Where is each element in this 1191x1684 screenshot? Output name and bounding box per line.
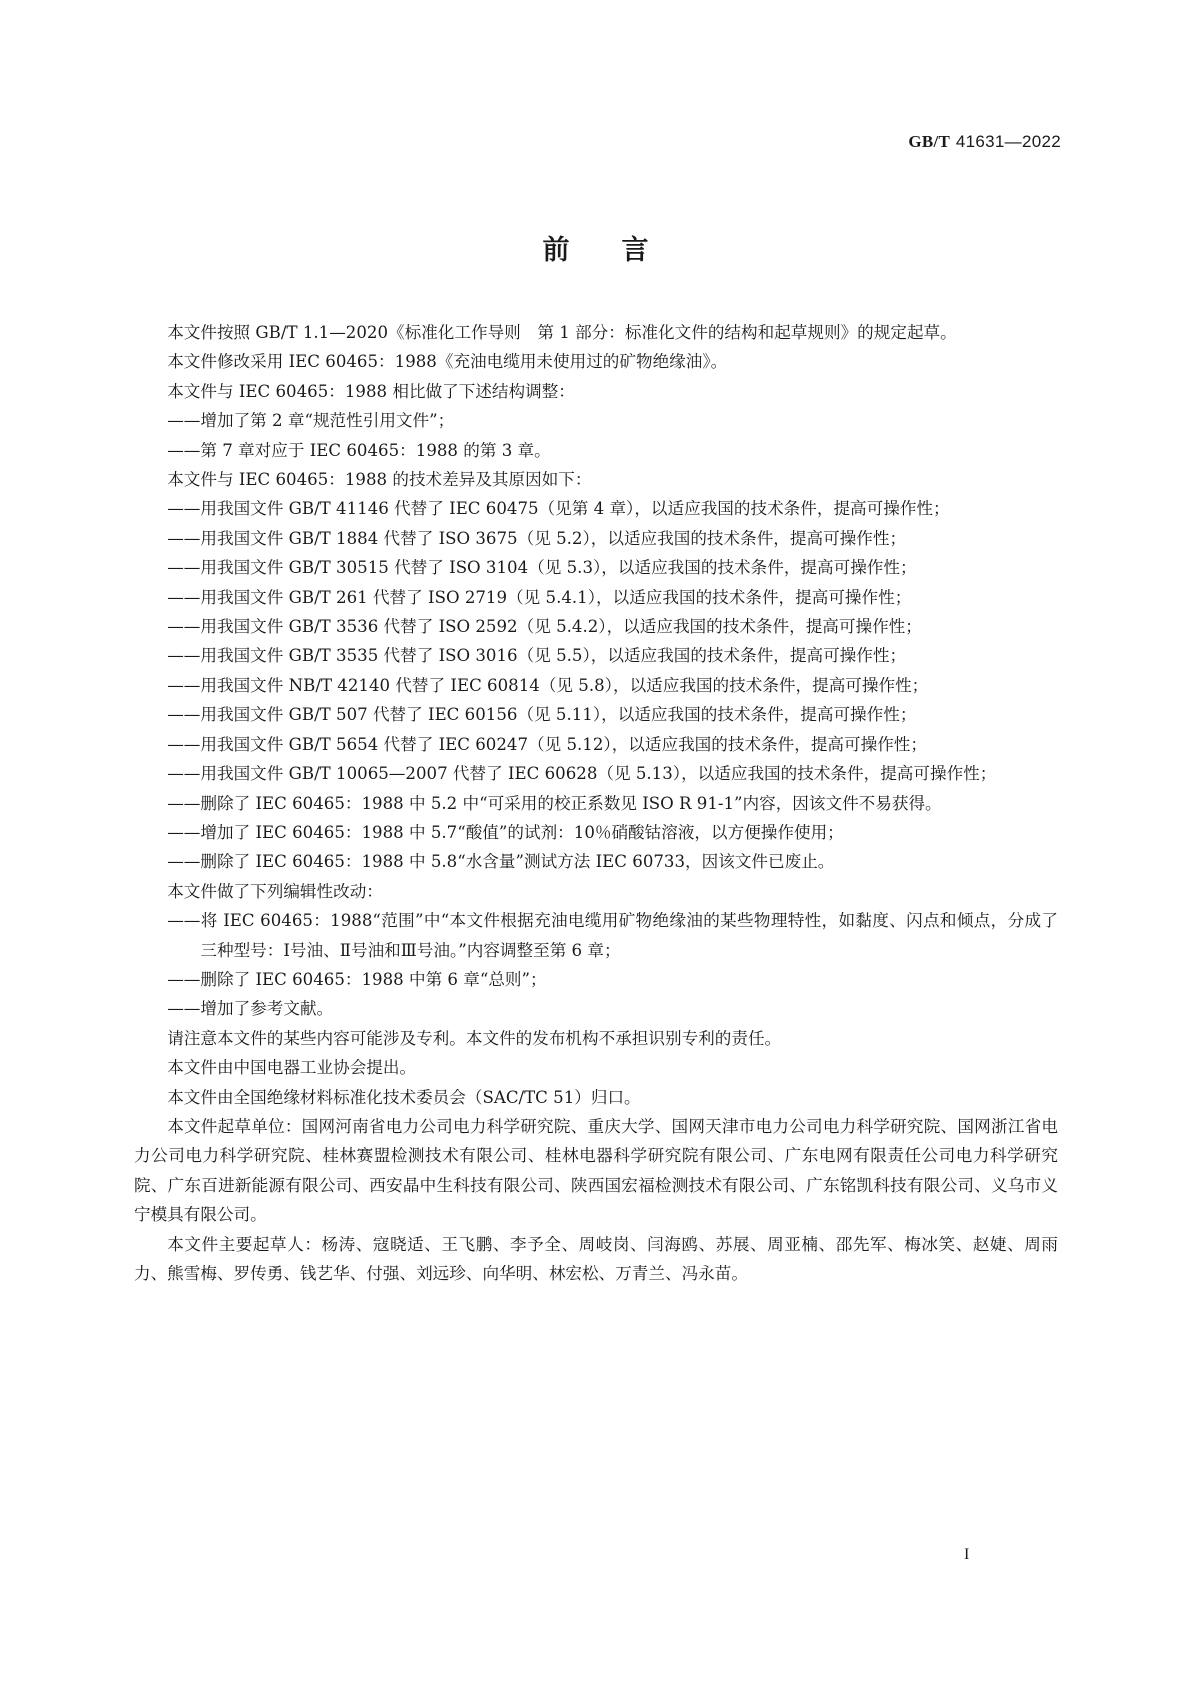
list-item: ——用我国文件 NB/T 42140 代替了 IEC 60814（见 5.8），… [134,671,1058,700]
list-item: ——将 IEC 60465：1988“范围”中“本文件根据充油电缆用矿物绝缘油的… [134,906,1058,965]
paragraph: 请注意本文件的某些内容可能涉及专利。本文件的发布机构不承担识别专利的责任。 [134,1024,1058,1053]
standard-code: GB/T 41631—2022 [908,132,1061,152]
list-item: ——用我国文件 GB/T 41146 代替了 IEC 60475（见第 4 章）… [134,494,1058,523]
list-item: ——用我国文件 GB/T 5654 代替了 IEC 60247（见 5.12），… [134,730,1058,759]
paragraph: 本文件修改采用 IEC 60465：1988《充油电缆用未使用过的矿物绝缘油》。 [134,347,1058,376]
paragraph: 本文件主要起草人：杨涛、寇晓适、王飞鹏、李予全、周岐岗、闫海鸥、苏展、周亚楠、邵… [134,1230,1058,1289]
list-item: ——用我国文件 GB/T 1884 代替了 ISO 3675（见 5.2），以适… [134,524,1058,553]
list-item: ——用我国文件 GB/T 3536 代替了 ISO 2592（见 5.4.2），… [134,612,1058,641]
standard-code-number: 41631—2022 [956,132,1061,151]
paragraph: 本文件起草单位：国网河南省电力公司电力科学研究院、重庆大学、国网天津市电力公司电… [134,1112,1058,1230]
paragraph: 本文件做了下列编辑性改动： [134,877,1058,906]
paragraph: 本文件与 IEC 60465：1988 相比做了下述结构调整： [134,377,1058,406]
page-number: I [964,1546,969,1564]
paragraph: 本文件由中国电器工业协会提出。 [134,1053,1058,1082]
list-item: ——删除了 IEC 60465：1988 中 5.2 中“可采用的校正系数见 I… [134,789,1058,818]
document-body: 本文件按照 GB/T 1.1—2020《标准化工作导则 第 1 部分：标准化文件… [134,318,1058,1288]
list-item: ——增加了第 2 章“规范性引用文件”； [134,406,1058,435]
list-item: ——用我国文件 GB/T 30515 代替了 ISO 3104（见 5.3），以… [134,553,1058,582]
page-title: 前言 [0,228,1191,267]
standard-code-prefix: GB/T [908,132,950,151]
paragraph: 本文件按照 GB/T 1.1—2020《标准化工作导则 第 1 部分：标准化文件… [134,318,1058,347]
list-item: ——增加了 IEC 60465：1988 中 5.7“酸值”的试剂：10％硝酸钴… [134,818,1058,847]
list-item: ——用我国文件 GB/T 3535 代替了 ISO 3016（见 5.5），以适… [134,641,1058,670]
list-item: ——用我国文件 GB/T 507 代替了 IEC 60156（见 5.11），以… [134,700,1058,729]
list-item: ——删除了 IEC 60465：1988 中 5.8“水含量”测试方法 IEC … [134,847,1058,876]
paragraph: 本文件与 IEC 60465：1988 的技术差异及其原因如下： [134,465,1058,494]
paragraph: 本文件由全国绝缘材料标准化技术委员会（SAC/TC 51）归口。 [134,1083,1058,1112]
list-item: ——增加了参考文献。 [134,994,1058,1023]
list-item: ——用我国文件 GB/T 10065—2007 代替了 IEC 60628（见 … [134,759,1058,788]
list-item: ——删除了 IEC 60465：1988 中第 6 章“总则”； [134,965,1058,994]
list-item: ——用我国文件 GB/T 261 代替了 ISO 2719（见 5.4.1），以… [134,583,1058,612]
list-item: ——第 7 章对应于 IEC 60465：1988 的第 3 章。 [134,436,1058,465]
